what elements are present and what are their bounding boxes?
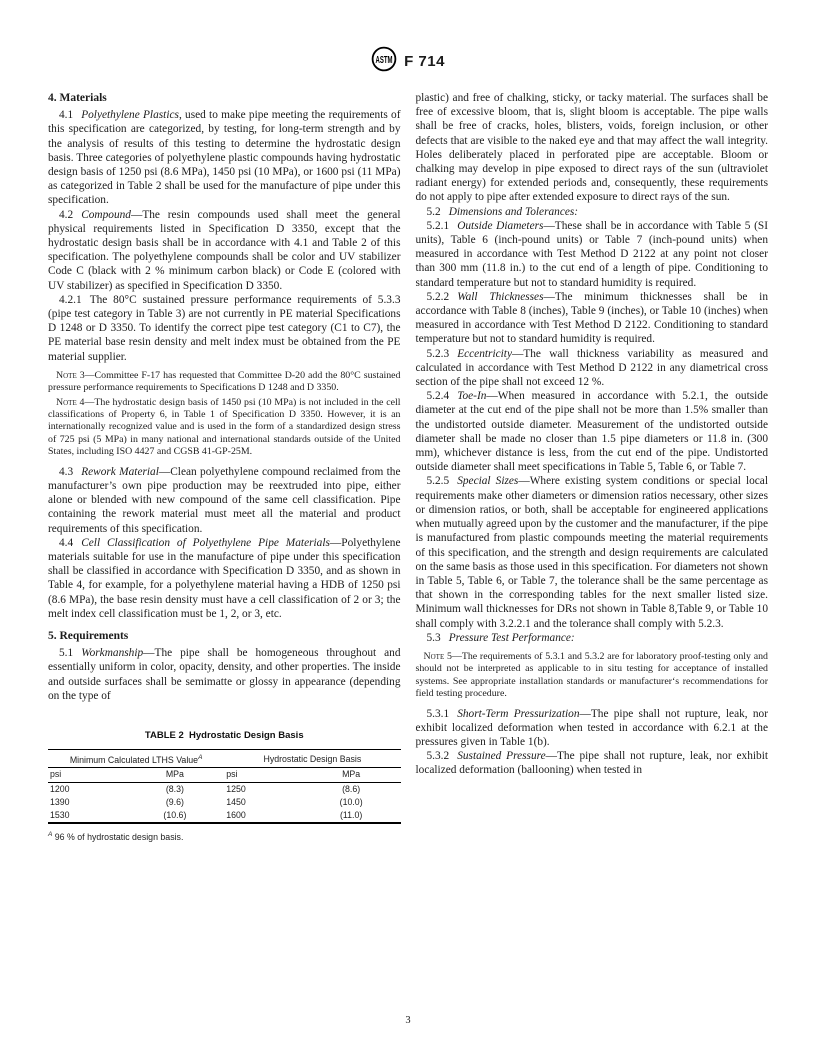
section-heading-materials: 4. Materials [48,91,401,105]
table-2-group-header: Hydrostatic Design Basis [224,750,400,768]
table-2-subheader-row: psi MPa psi MPa [48,768,401,783]
table-cell: 1450 [224,796,302,809]
table-cell: (8.3) [126,783,225,797]
astm-logo-icon: ASTM [371,46,397,77]
para-term: Workmanship [81,647,143,659]
para-term: Outside Diameters [457,220,543,232]
table-2-block: TABLE 2 Hydrostatic Design Basis Minimum… [48,729,401,844]
page-number: 3 [0,1015,816,1026]
note-label: Note 3 [56,370,85,381]
table-row: 1200 (8.3) 1250 (8.6) [48,783,401,797]
note-text: —The hydrostatic design basis of 1450 ps… [48,397,401,458]
para-5-2-3: 5.2.3Eccentricity—The wall thickness var… [416,347,769,390]
table-cell: 1250 [224,783,302,797]
table-2: Minimum Calculated LTHS ValueA Hydrostat… [48,749,401,824]
note-text: —The requirements of 5.3.1 and 5.3.2 are… [416,651,769,699]
table-cell: (9.6) [126,796,225,809]
para-term: Wall Thicknesses [457,291,543,303]
note-label: Note 4 [56,397,85,408]
para-number: 5.2.5 [427,475,450,487]
notes-block: Note 3—Committee F-17 has requested that… [48,370,401,459]
table-2-group-header-row: Minimum Calculated LTHS ValueA Hydrostat… [48,750,401,768]
para-number: 5.3.1 [427,708,450,720]
para-number: 4.2 [59,209,73,221]
para-term: Pressure Test Performance: [449,632,575,644]
para-4-3: 4.3Rework Material—Clean polyethylene co… [48,465,401,536]
para-number: 5.2.4 [427,390,450,402]
note-text: —Committee F-17 has requested that Commi… [48,370,400,393]
para-text: The 80°C sustained pressure performance … [48,294,401,363]
para-5-2: 5.2Dimensions and Tolerances: [416,205,769,219]
para-4-1: 4.1Polyethylene Plastics, used to make p… [48,108,401,207]
footnote-marker: A [198,754,202,761]
notes-block: Note 5—The requirements of 5.3.1 and 5.3… [416,651,769,701]
para-term: Short-Term Pressurization [457,708,579,720]
doc-code: F 714 [404,53,445,70]
column-header: MPa [126,768,225,783]
right-column: plastic) and free of chalking, sticky, o… [416,91,769,844]
para-4-4: 4.4Cell Classification of Polyethylene P… [48,536,401,621]
para-5-1-continued: plastic) and free of chalking, sticky, o… [416,91,769,205]
column-header: psi [48,768,126,783]
table-cell: (10.0) [302,796,401,809]
para-number: 5.3 [427,632,441,644]
para-text: , used to make pipe meeting the requirem… [48,109,401,206]
table-cell: 1600 [224,809,302,823]
note-5: Note 5—The requirements of 5.3.1 and 5.3… [416,651,769,701]
table-2-title: TABLE 2 Hydrostatic Design Basis [48,729,401,743]
para-term: Polyethylene Plastics [81,109,179,121]
note-4: Note 4—The hydrostatic design basis of 1… [48,397,401,459]
para-term: Dimensions and Tolerances: [449,206,578,218]
para-number: 5.2.2 [427,291,450,303]
column-header: psi [224,768,302,783]
para-number: 4.4 [59,537,73,549]
para-5-1: 5.1Workmanship—The pipe shall be homogen… [48,646,401,703]
para-5-3-2: 5.3.2Sustained Pressure—The pipe shall n… [416,749,769,777]
para-text: —When measured in accordance with 5.2.1,… [416,390,769,473]
para-5-2-4: 5.2.4Toe-In—When measured in accordance … [416,389,769,474]
astm-logo-text: ASTM [376,54,393,66]
para-term: Special Sizes [457,475,518,487]
note-3: Note 3—Committee F-17 has requested that… [48,370,401,395]
para-term: Compound [81,209,131,221]
para-term: Eccentricity [457,348,512,360]
para-term: Toe-In [457,390,486,402]
para-5-2-1: 5.2.1Outside Diameters—These shall be in… [416,219,769,290]
para-number: 5.3.2 [427,750,450,762]
table-cell: (8.6) [302,783,401,797]
table-row: 1390 (9.6) 1450 (10.0) [48,796,401,809]
note-label: Note 5 [424,651,452,662]
para-number: 4.2.1 [59,294,82,306]
para-number: 5.2.3 [427,348,450,360]
para-text: —The resin compounds used shall meet the… [48,209,401,292]
para-5-2-5: 5.2.5Special Sizes—Where existing system… [416,474,769,630]
table-cell: 1200 [48,783,126,797]
doc-header: ASTM F 714 [0,46,816,77]
para-number: 5.1 [59,647,73,659]
section-heading-requirements: 5. Requirements [48,629,401,643]
table-cell: (11.0) [302,809,401,823]
para-number: 4.3 [59,466,73,478]
para-number: 5.2 [427,206,441,218]
table-cell: 1530 [48,809,126,823]
document-page: ASTM F 714 4. Materials 4.1Polyethylene … [0,0,816,1056]
para-term: Rework Material [81,466,159,478]
para-5-3: 5.3Pressure Test Performance: [416,631,769,645]
para-text: —Polyethylene materials suitable for use… [48,537,401,620]
para-4-2-1: 4.2.1The 80°C sustained pressure perform… [48,293,401,364]
para-term: Cell Classification of Polyethylene Pipe… [81,537,330,549]
table-row: 1530 (10.6) 1600 (11.0) [48,809,401,823]
para-number: 4.1 [59,109,73,121]
para-4-2: 4.2Compound—The resin compounds used sha… [48,208,401,293]
two-column-body: 4. Materials 4.1Polyethylene Plastics, u… [0,91,816,844]
footnote-text: 96 % of hydrostatic design basis. [52,832,183,842]
column-header: MPa [302,768,401,783]
table-2-group-header: Minimum Calculated LTHS ValueA [48,750,224,768]
table-cell: (10.6) [126,809,225,823]
table-cell: 1390 [48,796,126,809]
para-5-3-1: 5.3.1Short-Term Pressurization—The pipe … [416,707,769,750]
para-number: 5.2.1 [427,220,450,232]
table-2-footnote: A 96 % of hydrostatic design basis. [48,828,401,844]
para-text: —Where existing system conditions or spe… [416,475,769,629]
para-term: Sustained Pressure [457,750,545,762]
para-5-2-2: 5.2.2Wall Thicknesses—The minimum thickn… [416,290,769,347]
left-column: 4. Materials 4.1Polyethylene Plastics, u… [48,91,401,844]
